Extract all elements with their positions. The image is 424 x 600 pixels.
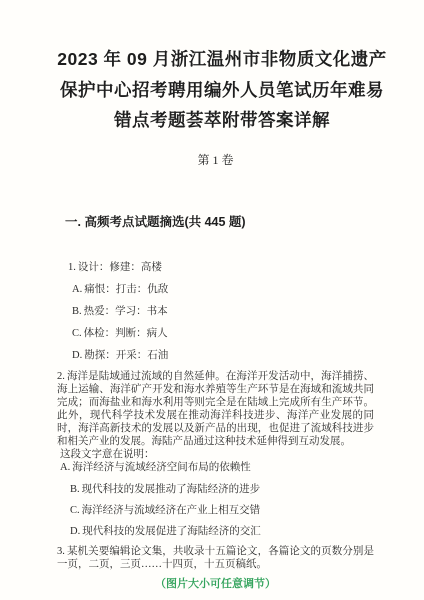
option-label: C. <box>70 505 80 516</box>
question-3: 3.某机关要编辑论文集，共收录十五篇论文，各篇论文的页数分别是一页，二页，三页…… <box>57 545 374 571</box>
question-1: 1.设计：修建：高楼 A.痛恨：打击：仇敌 B.热爱：学习：书本 C.体检：判断… <box>57 261 374 363</box>
option-text: 现代科技的发展促进了海陆经济的交汇 <box>82 526 261 537</box>
question-2-stem: 2.海洋是陆域通过流域的自然延伸。在海洋开发活动中，海洋捕捞、海上运输、海洋矿产… <box>57 370 374 449</box>
option-label: B. <box>72 306 82 317</box>
option-label: A. <box>72 284 82 295</box>
question-1-option-b: B.热爱：学习：书本 <box>68 305 374 318</box>
volume-label: 第 1 卷 <box>57 151 374 168</box>
question-2-option-b: B.现代科技的发展推动了海陆经济的进步 <box>57 483 374 496</box>
question-1-stem: 1.设计：修建：高楼 <box>68 261 374 274</box>
option-text: 现代科技的发展推动了海陆经济的进步 <box>82 484 261 495</box>
question-1-option-d: D.勘探：开采：石油 <box>68 349 374 362</box>
question-text: 某机关要编辑论文集，共收录十五篇论文，各篇论文的页数分别是一页，二页，三页……十… <box>57 546 374 570</box>
question-2-prompt: 这段文字意在说明： <box>57 448 374 461</box>
option-text: 体检：判断：病人 <box>84 328 168 339</box>
question-number: 1. <box>68 262 76 273</box>
option-label: C. <box>72 328 82 339</box>
question-text: 海洋是陆域通过流域的自然延伸。在海洋开发活动中，海洋捕捞、海上运输、海洋矿产开发… <box>57 371 374 448</box>
question-2-option-c: C.海洋经济与流域经济在产业上相互交错 <box>57 504 374 517</box>
option-label: D. <box>70 526 80 537</box>
option-text: 勘探：开采：石油 <box>84 350 168 361</box>
question-1-option-a: A.痛恨：打击：仇敌 <box>68 283 374 296</box>
question-number: 3. <box>57 546 65 557</box>
question-1-option-c: C.体检：判断：病人 <box>68 327 374 340</box>
question-3-stem: 3.某机关要编辑论文集，共收录十五篇论文，各篇论文的页数分别是一页，二页，三页…… <box>57 545 374 571</box>
question-2-option-d: D.现代科技的发展促进了海陆经济的交汇 <box>57 525 374 538</box>
option-label: D. <box>72 350 82 361</box>
option-label: B. <box>70 484 80 495</box>
option-text: 热爱：学习：书本 <box>84 306 168 317</box>
question-number: 2. <box>57 371 65 382</box>
question-2: 2.海洋是陆域通过流域的自然延伸。在海洋开发活动中，海洋捕捞、海上运输、海洋矿产… <box>57 370 374 538</box>
question-2-option-a: A.海洋经济与流域经济空间布局的依赖性 <box>57 461 374 474</box>
section-heading: 一. 高频考点试题摘选(共 445 题) <box>57 212 374 230</box>
document-page: 2023 年 09 月浙江温州市非物质文化遗产保护中心招考聘用编外人员笔试历年难… <box>0 0 424 600</box>
option-text: 痛恨：打击：仇敌 <box>84 284 168 295</box>
question-text: 设计：修建：高楼 <box>78 262 162 273</box>
option-text: 海洋经济与流域经济在产业上相互交错 <box>82 505 261 516</box>
document-title: 2023 年 09 月浙江温州市非物质文化遗产保护中心招考聘用编外人员笔试历年难… <box>57 44 387 136</box>
footer-note: （图片大小可任意调节） <box>57 575 374 591</box>
option-label: A. <box>60 462 70 473</box>
option-text: 海洋经济与流域经济空间布局的依赖性 <box>72 462 251 473</box>
